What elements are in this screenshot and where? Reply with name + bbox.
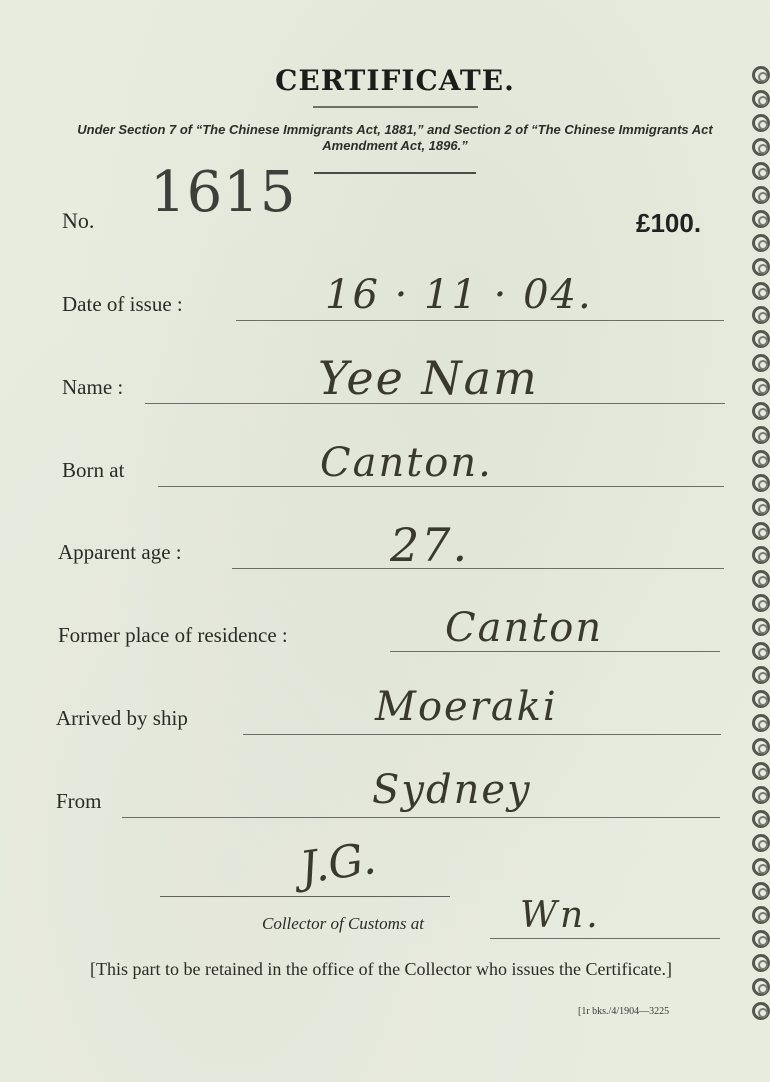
scroll-ornament-icon (752, 426, 770, 444)
scroll-ornament-icon (752, 402, 770, 420)
field-label: From (56, 789, 102, 814)
field-name: Name : Yee Nam (0, 363, 770, 423)
field-label: Apparent age : (58, 540, 182, 565)
scroll-ornament-icon (752, 330, 770, 348)
field-label: Born at (62, 458, 124, 483)
scroll-ornament-icon (752, 954, 770, 972)
field-born-at: Born at Canton. (0, 446, 770, 506)
collector-signature: J.G. (297, 833, 379, 894)
field-line (232, 568, 724, 569)
scroll-ornament-icon (752, 282, 770, 300)
field-label: Name : (62, 375, 123, 400)
scroll-ornament-icon (752, 762, 770, 780)
field-apparent-age: Apparent age : 27. (0, 528, 770, 588)
scroll-ornament-icon (752, 642, 770, 660)
collector-line (490, 938, 720, 939)
field-value: Moeraki (375, 684, 558, 730)
field-from: From Sydney (0, 777, 770, 837)
scroll-ornament-icon (752, 234, 770, 252)
scroll-ornament-icon (752, 474, 770, 492)
field-value: Canton (445, 605, 603, 651)
scroll-ornament-icon (752, 354, 770, 372)
scroll-ornament-icon (752, 618, 770, 636)
scroll-ornament-icon (752, 906, 770, 924)
certificate-subtitle: Under Section 7 of “The Chinese Immigran… (55, 122, 735, 154)
field-value: 27. (390, 518, 469, 572)
scroll-ornament-icon (752, 714, 770, 732)
field-line (236, 320, 724, 321)
field-date-of-issue: Date of issue : 16 · 11 · 04. (0, 280, 770, 340)
scroll-ornament-icon (752, 738, 770, 756)
footnote: [This part to be retained in the office … (54, 958, 724, 980)
scroll-ornament-icon (752, 450, 770, 468)
field-label: Date of issue : (62, 292, 183, 317)
certificate-amount: £100. (636, 208, 701, 239)
field-line (122, 817, 720, 818)
field-arrived-by-ship: Arrived by ship Moeraki (0, 694, 770, 754)
scroll-ornament-icon (752, 1002, 770, 1020)
certificate-title: CERTIFICATE. (0, 64, 770, 97)
number-label: No. (62, 208, 94, 234)
scroll-ornament-icon (752, 186, 770, 204)
collector-label: Collector of Customs at (262, 914, 424, 934)
scroll-ornament-icon (752, 258, 770, 276)
scroll-ornament-icon (752, 786, 770, 804)
printer-mark: [1r bks./4/1904—3225 (578, 1006, 669, 1017)
certificate-number: 1615 (150, 160, 297, 225)
scroll-ornament-icon (752, 498, 770, 516)
scroll-ornament-icon (752, 90, 770, 108)
scroll-ornament-icon (752, 858, 770, 876)
field-line (158, 486, 724, 487)
scroll-ornament-icon (752, 522, 770, 540)
scroll-ornament-icon (752, 570, 770, 588)
number-rule (314, 172, 476, 174)
scroll-ornament-icon (752, 306, 770, 324)
field-value: Sydney (372, 767, 532, 813)
field-value: 16 · 11 · 04. (325, 272, 593, 318)
field-line (243, 734, 721, 735)
field-line (390, 651, 720, 652)
scroll-ornament-icon (752, 66, 770, 84)
field-former-residence: Former place of residence : Canton (0, 611, 770, 671)
scroll-ornament-icon (752, 978, 770, 996)
scroll-ornament-icon (752, 114, 770, 132)
scroll-ornament-icon (752, 210, 770, 228)
scroll-ornament-icon (752, 666, 770, 684)
field-value: Canton. (320, 440, 493, 486)
field-label: Arrived by ship (56, 706, 188, 731)
scroll-ornament-icon (752, 930, 770, 948)
scroll-ornament-icon (752, 594, 770, 612)
scroll-ornament-icon (752, 138, 770, 156)
signature-line (160, 896, 450, 897)
scroll-ornament-icon (752, 378, 770, 396)
scroll-ornament-icon (752, 834, 770, 852)
field-label: Former place of residence : (58, 623, 288, 648)
decorative-scroll-border (752, 66, 770, 1026)
field-value: Yee Nam (318, 351, 539, 405)
scroll-ornament-icon (752, 810, 770, 828)
scroll-ornament-icon (752, 162, 770, 180)
scroll-ornament-icon (752, 690, 770, 708)
scroll-ornament-icon (752, 882, 770, 900)
collector-location: Wn. (520, 895, 601, 936)
title-divider (313, 106, 478, 108)
scroll-ornament-icon (752, 546, 770, 564)
certificate-page: CERTIFICATE. Under Section 7 of “The Chi… (0, 0, 770, 1082)
